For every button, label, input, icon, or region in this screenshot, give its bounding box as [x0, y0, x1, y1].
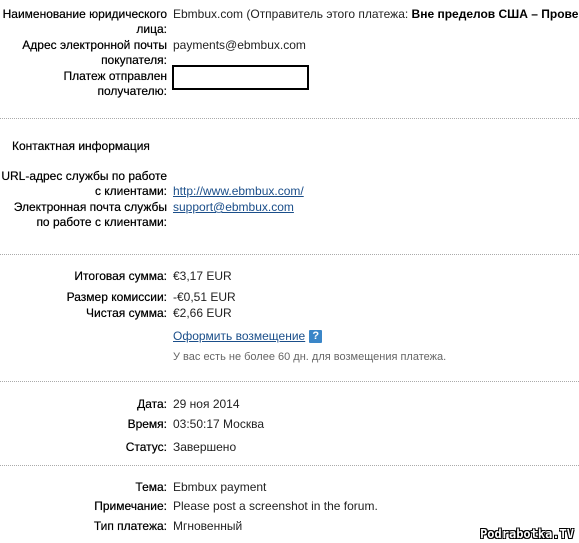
- support-email-label: Электронная почта службы по работе с кли…: [0, 200, 167, 230]
- support-url-value: http://www.ebmbux.com/: [173, 184, 304, 199]
- legal-name-value: Ebmbux.com (Отправитель этого платежа: В…: [173, 7, 578, 22]
- legal-name-sender-location: Вне пределов США – Прове: [412, 7, 579, 21]
- net-label: Чистая сумма:: [0, 306, 167, 321]
- separator: [0, 254, 579, 255]
- sent-to-label: Платеж отправлен получателю:: [0, 69, 167, 99]
- time-label: Время:: [0, 417, 167, 432]
- separator: [0, 465, 579, 466]
- status-label: Статус:: [0, 440, 167, 455]
- note-row: Примечание: Please post a screenshot in …: [0, 499, 579, 514]
- legal-name-row: Наименование юридического лица: Ebmbux.c…: [0, 7, 579, 37]
- total-label: Итоговая сумма:: [0, 269, 167, 284]
- separator: [0, 381, 579, 382]
- support-email-link[interactable]: support@ebmbux.com: [173, 200, 294, 214]
- note-label: Примечание:: [0, 499, 167, 514]
- support-email-value: support@ebmbux.com: [173, 200, 294, 215]
- status-value: Завершено: [173, 440, 236, 455]
- date-label: Дата:: [0, 397, 167, 412]
- payment-type-value: Мгновенный: [173, 519, 242, 534]
- refund-hint: У вас есть не более 60 дн. для возмещени…: [173, 350, 446, 365]
- legal-name-label: Наименование юридического лица:: [0, 7, 167, 37]
- fee-label: Размер комиссии:: [0, 290, 167, 305]
- net-row: Чистая сумма: €2,66 EUR: [0, 306, 579, 321]
- support-url-link[interactable]: http://www.ebmbux.com/: [173, 184, 304, 198]
- date-row: Дата: 29 ноя 2014: [0, 397, 579, 412]
- time-row: Время: 03:50:17 Москва: [0, 417, 579, 432]
- time-value: 03:50:17 Москва: [173, 417, 264, 432]
- refund-link[interactable]: Оформить возмещение: [173, 329, 305, 343]
- date-value: 29 ноя 2014: [173, 397, 240, 412]
- legal-name-prefix: Ebmbux.com (Отправитель этого платежа:: [173, 7, 412, 21]
- buyer-email-row: Адрес электронной почты покупателя: paym…: [0, 38, 579, 68]
- buyer-email-value: payments@ebmbux.com: [173, 38, 306, 53]
- total-value: €3,17 EUR: [173, 269, 232, 284]
- refund-row: Оформить возмещение?: [173, 329, 322, 344]
- redacted-recipient-box: [172, 65, 309, 90]
- buyer-email-label: Адрес электронной почты покупателя:: [0, 38, 167, 68]
- payment-type-label: Тип платежа:: [0, 519, 167, 534]
- note-value: Please post a screenshot in the forum.: [173, 499, 378, 514]
- subject-label: Тема:: [0, 480, 167, 495]
- separator: [0, 118, 579, 119]
- help-icon[interactable]: ?: [309, 330, 322, 343]
- total-row: Итоговая сумма: €3,17 EUR: [0, 269, 579, 284]
- contact-section-title: Контактная информация: [12, 139, 150, 154]
- support-url-label: URL-адрес службы по работе с клиентами:: [0, 169, 167, 199]
- fee-row: Размер комиссии: -€0,51 EUR: [0, 290, 579, 305]
- subject-value: Ebmbux payment: [173, 480, 266, 495]
- net-value: €2,66 EUR: [173, 306, 232, 321]
- watermark: Podrabotka.TV: [480, 527, 574, 541]
- fee-value: -€0,51 EUR: [173, 290, 236, 305]
- status-row: Статус: Завершено: [0, 440, 579, 455]
- subject-row: Тема: Ebmbux payment: [0, 480, 579, 495]
